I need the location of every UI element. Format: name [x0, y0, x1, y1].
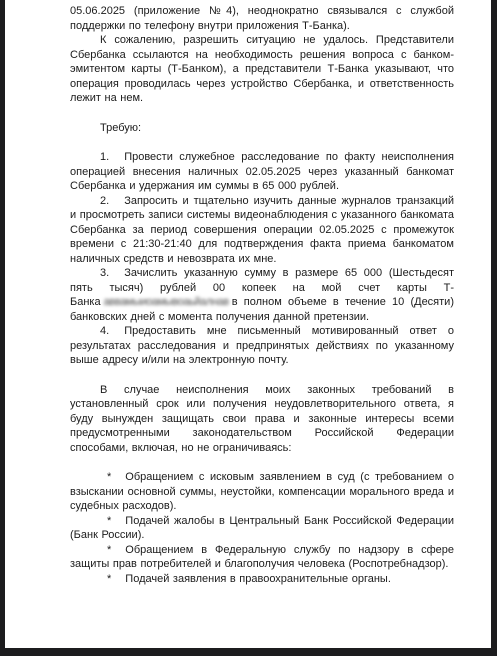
- paragraph-appendix-reference: 05.06.2025 (приложение №4), неоднократно…: [70, 4, 454, 33]
- page-bottom-edge: [0, 648, 497, 656]
- bullet-text: Обращением с исковым заявлением в суд (с…: [70, 471, 454, 512]
- bullet-item-court: *Обращением с исковым заявлением в суд (…: [70, 470, 454, 514]
- item-text: Провести служебное расследование по факт…: [70, 151, 454, 192]
- bullet-item-central-bank: *Подачей жалобы в Центральный Банк Росси…: [70, 514, 454, 543]
- paragraph-banks-dispute: К сожалению, разрешить ситуацию не удало…: [70, 33, 454, 106]
- numbered-item-3: 3.Зачислить указанную сумму в размере 65…: [70, 266, 454, 324]
- paragraph-legal-warning: В случае неисполнения моих законных треб…: [70, 383, 454, 456]
- card-number-redacted: аввамыиоамывоаьйалнав: [104, 296, 229, 308]
- item-number: 3.: [100, 267, 109, 279]
- bullet-marker: *: [107, 573, 111, 585]
- bullet-text: Подачей жалобы в Центральный Банк Россий…: [70, 515, 454, 542]
- document-body: 05.06.2025 (приложение №4), неоднократно…: [5, 0, 491, 648]
- bullet-marker: *: [107, 544, 111, 556]
- numbered-item-2: 2.Запросить и тщательно изучить данные ж…: [70, 194, 454, 267]
- page-right-edge: [491, 0, 497, 656]
- item-text: Предоставить мне письменный мотивированн…: [70, 325, 454, 366]
- page-left-edge: [0, 0, 5, 656]
- bullet-text: Подачей заявления в правоохранительные о…: [125, 573, 391, 585]
- item-number: 1.: [100, 151, 109, 163]
- bullet-item-law-enforcement: *Подачей заявления в правоохранительные …: [70, 572, 454, 587]
- document-page: 05.06.2025 (приложение №4), неоднократно…: [0, 0, 497, 656]
- bullet-item-rospotrebnadzor: *Обращением в Федеральную службу по надз…: [70, 543, 454, 572]
- item-number: 4.: [100, 325, 109, 337]
- bullet-marker: *: [107, 515, 111, 527]
- bullet-text: Обращением в Федеральную службу по надзо…: [70, 544, 454, 571]
- demands-heading: Требую:: [70, 121, 454, 136]
- numbered-item-1: 1.Провести служебное расследование по фа…: [70, 150, 454, 194]
- bullet-marker: *: [107, 471, 111, 483]
- numbered-item-4: 4.Предоставить мне письменный мотивирова…: [70, 324, 454, 368]
- item-text: Запросить и тщательно изучить данные жур…: [70, 195, 454, 265]
- item-number: 2.: [100, 195, 109, 207]
